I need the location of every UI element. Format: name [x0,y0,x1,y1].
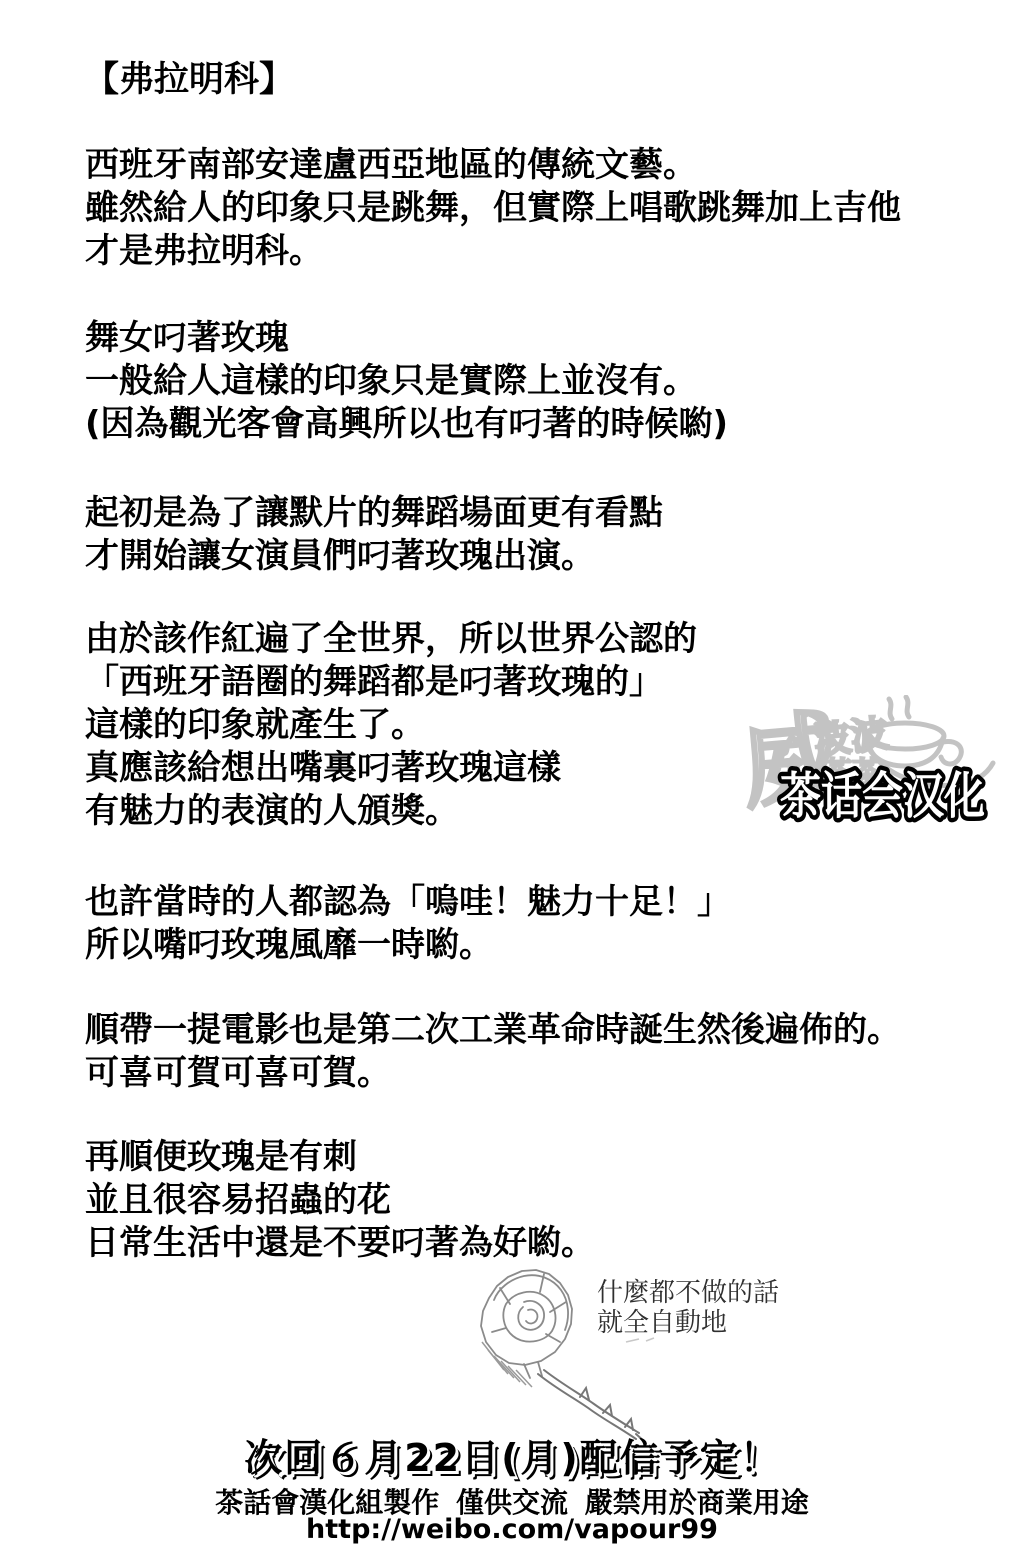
text-line: 才開始讓女演員們叼著玫瑰出演。 [85,535,663,578]
page-title: 【弗拉明科】 [84,52,294,102]
scanlation-group-logo: 威 波波 茶茶 茶话会汉化 [742,695,1002,830]
text-line: 雖然給人的印象只是跳舞，但實際上唱歌跳舞加上吉他 [85,187,901,230]
weibo-url: http://weibo.com/vapour99 [0,1514,1024,1545]
paragraph-dancer-rose: 舞女叼著玫瑰 一般給人這樣的印象只是實際上並沒有。 (因為觀光客會高興所以也有叼… [85,317,728,446]
text-line: 真應該給想出嘴裏叼著玫瑰這樣 [85,747,697,790]
text-line: 再順便玫瑰是有刺 [85,1136,595,1179]
text-line: 有魅力的表演的人頒獎。 [85,790,697,833]
manga-afterword-page: 【弗拉明科】 西班牙南部安達盧西亞地區的傳統文藝。 雖然給人的印象只是跳舞，但實… [0,0,1024,1558]
logo-group-name: 茶话会汉化 [780,767,985,825]
text-line: 「西班牙語圈的舞蹈都是叼著玫瑰的」 [85,661,697,704]
next-release-announcement: 次回６月22日(月)配信予定！ [0,1427,1024,1482]
paragraph-world-famous: 由於該作紅遍了全世界，所以世界公認的 「西班牙語圈的舞蹈都是叼著玫瑰的」 這樣的… [85,618,697,833]
text-line: 並且很容易招蟲的花 [85,1179,595,1222]
paragraph-silent-film: 起初是為了讓默片的舞蹈場面更有看點 才開始讓女演員們叼著玫瑰出演。 [85,492,663,578]
text-line: 由於該作紅遍了全世界，所以世界公認的 [85,618,697,661]
paragraph-charm: 也許當時的人都認為「嗚哇！魅力十足！」 所以嘴叼玫瑰風靡一時喲。 [85,881,731,967]
text-line: 才是弗拉明科。 [85,230,901,273]
paragraph-intro: 西班牙南部安達盧西亞地區的傳統文藝。 雖然給人的印象只是跳舞，但實際上唱歌跳舞加… [85,144,901,273]
pencil-scribble [626,1338,654,1342]
text-line: 可喜可賀可喜可賀。 [85,1052,901,1095]
note-line: 就全自動地 [597,1308,779,1338]
text-line: (因為觀光客會高興所以也有叼著的時候喲) [85,403,728,446]
text-line: 一般給人這樣的印象只是實際上並沒有。 [85,360,728,403]
text-line: 起初是為了讓默片的舞蹈場面更有看點 [85,492,663,535]
text-line: 日常生活中還是不要叼著為好喲。 [85,1222,595,1265]
text-line: 也許當時的人都認為「嗚哇！魅力十足！」 [85,881,731,924]
text-line: 這樣的印象就產生了。 [85,704,697,747]
rose-petals [481,1270,572,1378]
paragraph-rose-warning: 再順便玫瑰是有刺 並且很容易招蟲的花 日常生活中還是不要叼著為好喲。 [85,1136,595,1265]
text-line: 西班牙南部安達盧西亞地區的傳統文藝。 [85,144,901,187]
paragraph-film-history: 順帶一提電影也是第二次工業革命時誕生然後遍佈的。 可喜可賀可喜可賀。 [85,1009,901,1095]
text-line: 順帶一提電影也是第二次工業革命時誕生然後遍佈的。 [85,1009,901,1052]
text-line: 所以嘴叼玫瑰風靡一時喲。 [85,924,731,967]
handwritten-note: 什麼都不做的話 就全自動地 [597,1278,779,1338]
note-line: 什麼都不做的話 [597,1278,779,1308]
text-line: 舞女叼著玫瑰 [85,317,728,360]
